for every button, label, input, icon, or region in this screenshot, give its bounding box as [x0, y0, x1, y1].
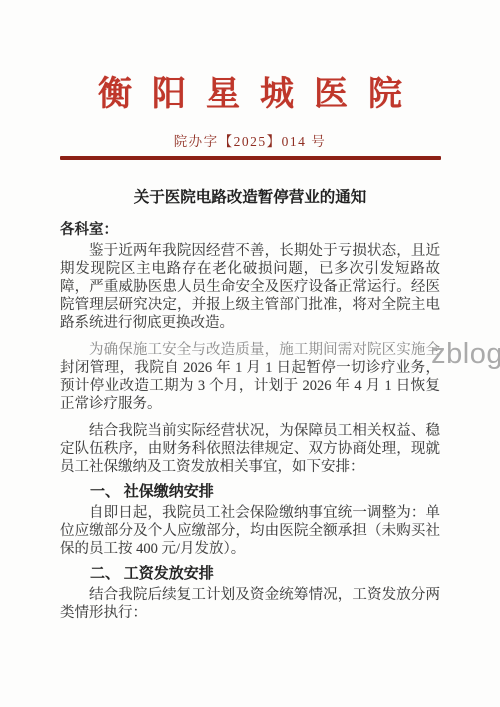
watermark-zblog: zblog — [431, 338, 500, 370]
paragraph-construction-lead: 为确保施工安全与改造质量，施工期间需对院区实施全 — [89, 342, 440, 358]
section-body-salary: 结合我院后续复工计划及资金统筹情况，工资发放分两类情形执行： — [60, 586, 440, 622]
document-page: 衡阳星城医院 院办字【2025】014 号 关于医院电路改造暂停营业的通知 各科… — [0, 0, 500, 707]
paragraph-construction-plan: 为确保施工安全与改造质量，施工期间需对院区实施全封闭管理，我院自 2026 年 … — [60, 341, 440, 413]
paragraph-arrangement-intro: 结合我院当前实际经营状况，为保障员工相关权益、稳定队伍秩序，由财务科依照法律规定… — [60, 422, 440, 476]
letterhead-divider — [60, 156, 441, 160]
paragraph-construction-rest: 封闭管理，我院自 2026 年 1 月 1 日起暂停一切诊疗业务，预计停业改造工… — [60, 360, 440, 412]
section-heading-social-security: 一、 社保缴纳安排 — [60, 483, 440, 501]
paragraph-background: 鉴于近两年我院因经营不善，长期处于亏损状态，且近期发现院区主电路存在老化破损问题… — [60, 242, 440, 332]
hospital-name: 衡阳星城医院 — [0, 78, 500, 112]
section-body-social-security: 自即日起，我院员工社会保险缴纳事宜统一调整为：单位应缴部分及个人应缴部分，均由医… — [60, 504, 440, 558]
section-heading-salary: 二、 工资发放安排 — [60, 565, 440, 583]
notice-title: 关于医院电路改造暂停营业的通知 — [60, 188, 440, 208]
notice-body: 关于医院电路改造暂停营业的通知 各科室： 鉴于近两年我院因经营不善，长期处于亏损… — [60, 188, 440, 622]
salutation: 各科室： — [60, 221, 440, 239]
letterhead: 衡阳星城医院 院办字【2025】014 号 — [0, 0, 500, 160]
doc-number: 院办字【2025】014 号 — [0, 135, 500, 149]
